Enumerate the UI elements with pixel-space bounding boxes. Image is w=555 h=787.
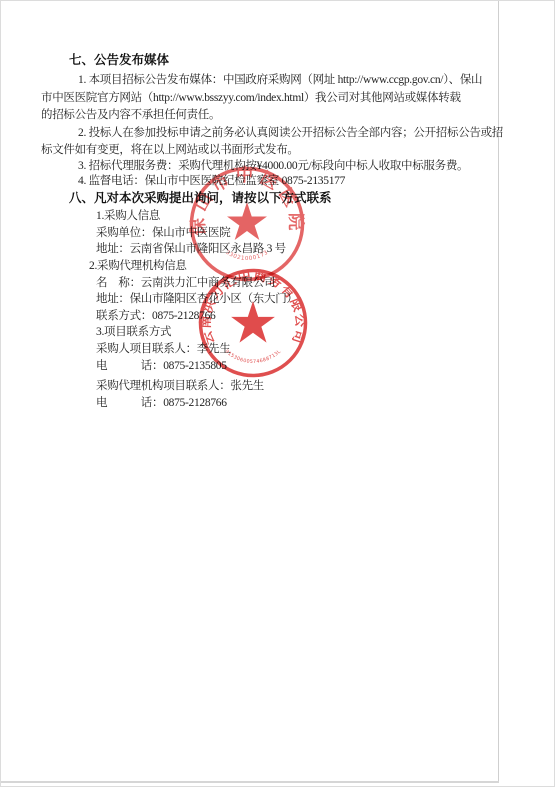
agency-info-label: 2.采购代理机构信息 bbox=[89, 259, 187, 273]
bidder-notice-line-1: 2. 投标人在参加投标申请之前务必认真阅读公开招标公告全部内容；公开招标公告或招 bbox=[78, 126, 503, 140]
agency-name-line: 名 称：云南洪力汇中商务有限公司 bbox=[96, 276, 275, 290]
purchaser-unit-line: 采购单位：保山市中医医院 bbox=[96, 226, 230, 240]
media-line-1: 1. 本项目招标公告发布媒体：中国政府采购网（网址 http://www.ccg… bbox=[78, 73, 482, 87]
agency-seal-serial: 91530600574688713L bbox=[224, 349, 283, 365]
agency-fee-line: 3. 招标代理服务费：采购代理机构按¥4000.00元/标段向中标人收取中标服务… bbox=[78, 159, 468, 173]
purchaser-address-line: 地址：云南省保山市隆阳区永昌路 3 号 bbox=[96, 242, 286, 256]
agency-contact-person-line: 采购代理机构项目联系人：张先生 bbox=[96, 379, 264, 393]
purchaser-info-label: 1.采购人信息 bbox=[96, 209, 160, 223]
section8-heading: 八、凡对本次采购提出询问，请按以下方式联系 bbox=[69, 191, 332, 205]
agency-phone-line: 电 话：0875-2128766 bbox=[96, 396, 227, 410]
agency-contact-line: 联系方式：0875-2128766 bbox=[96, 309, 215, 323]
media-line-3: 的招标公告及内容不承担任何责任。 bbox=[41, 108, 220, 122]
media-line-2: 市中医医院官方网站（http://www.bsszyy.com/index.ht… bbox=[41, 91, 461, 105]
star-icon bbox=[227, 202, 267, 240]
bidder-notice-line-2: 标文件如有变更，将在以上网站或以书面形式发布。 bbox=[41, 143, 299, 157]
agency-address-line: 地址：保山市隆阳区杏花小区（东大门） bbox=[96, 292, 298, 306]
purchaser-contact-line: 采购人项目联系人：李先生 bbox=[96, 342, 230, 356]
section7-heading: 七、公告发布媒体 bbox=[69, 53, 169, 67]
page-bottom-edge bbox=[1, 781, 499, 783]
page-right-edge bbox=[498, 1, 499, 782]
purchaser-phone-line: 电 话：0875-2135805 bbox=[96, 359, 227, 373]
document-page: 七、公告发布媒体 1. 本项目招标公告发布媒体：中国政府采购网（网址 http:… bbox=[0, 0, 555, 787]
star-icon bbox=[231, 301, 275, 343]
supervision-phone-line: 4. 监督电话：保山市中医医院纪检监察室 0875-2135177 bbox=[78, 174, 345, 188]
project-contact-label: 3.项目联系方式 bbox=[96, 325, 171, 339]
